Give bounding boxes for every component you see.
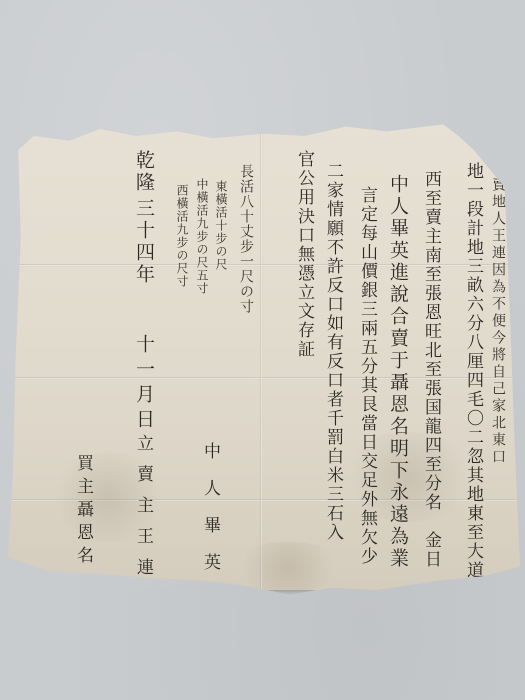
buyer-signature: 買主聶恩名 <box>74 454 91 569</box>
deed-paper: 立賣地人王連因為不便今將自己家北東口 地一段計地三畝六分八厘四毛〇二忽其地東至大… <box>8 122 520 590</box>
body-column-6: 二家情願不許反口如有反口者千罰白米三石入 <box>324 162 341 542</box>
measurement-length: 長活八十丈步一尺の寸 <box>239 164 253 314</box>
date-year: 三十四年 <box>134 198 153 286</box>
date-era: 乾隆 <box>134 150 153 194</box>
measurement-west-width: 西橫活九步の尺寸 <box>176 184 188 288</box>
fold-line <box>8 377 520 380</box>
stain <box>228 542 348 592</box>
body-column-3: 西至賣主南至張恩旺北至張国龍四至分名 金日 <box>422 170 439 569</box>
fold-line <box>8 264 520 267</box>
body-column-5: 言定每山價銀三兩五分其艮當日交足外無欠少 <box>358 186 375 566</box>
body-column-2: 地一段計地三畝六分八厘四毛〇二忽其地東至大道 <box>464 162 481 580</box>
date-month-day: 十一月日 <box>134 334 153 434</box>
measurement-middle-width: 中橫活九步の尺五寸 <box>196 178 208 295</box>
body-column-7: 官公用決口無憑立文存証 <box>295 150 312 359</box>
body-column-1: 立賣地人王連因為不便今將自己家北東口 <box>491 160 505 466</box>
measurement-east-width: 東橫活十步の尺 <box>215 180 227 271</box>
fold-line <box>260 122 263 590</box>
body-column-4: 中人畢英進說合賣于聶恩名明下永遠為業 <box>388 174 407 570</box>
